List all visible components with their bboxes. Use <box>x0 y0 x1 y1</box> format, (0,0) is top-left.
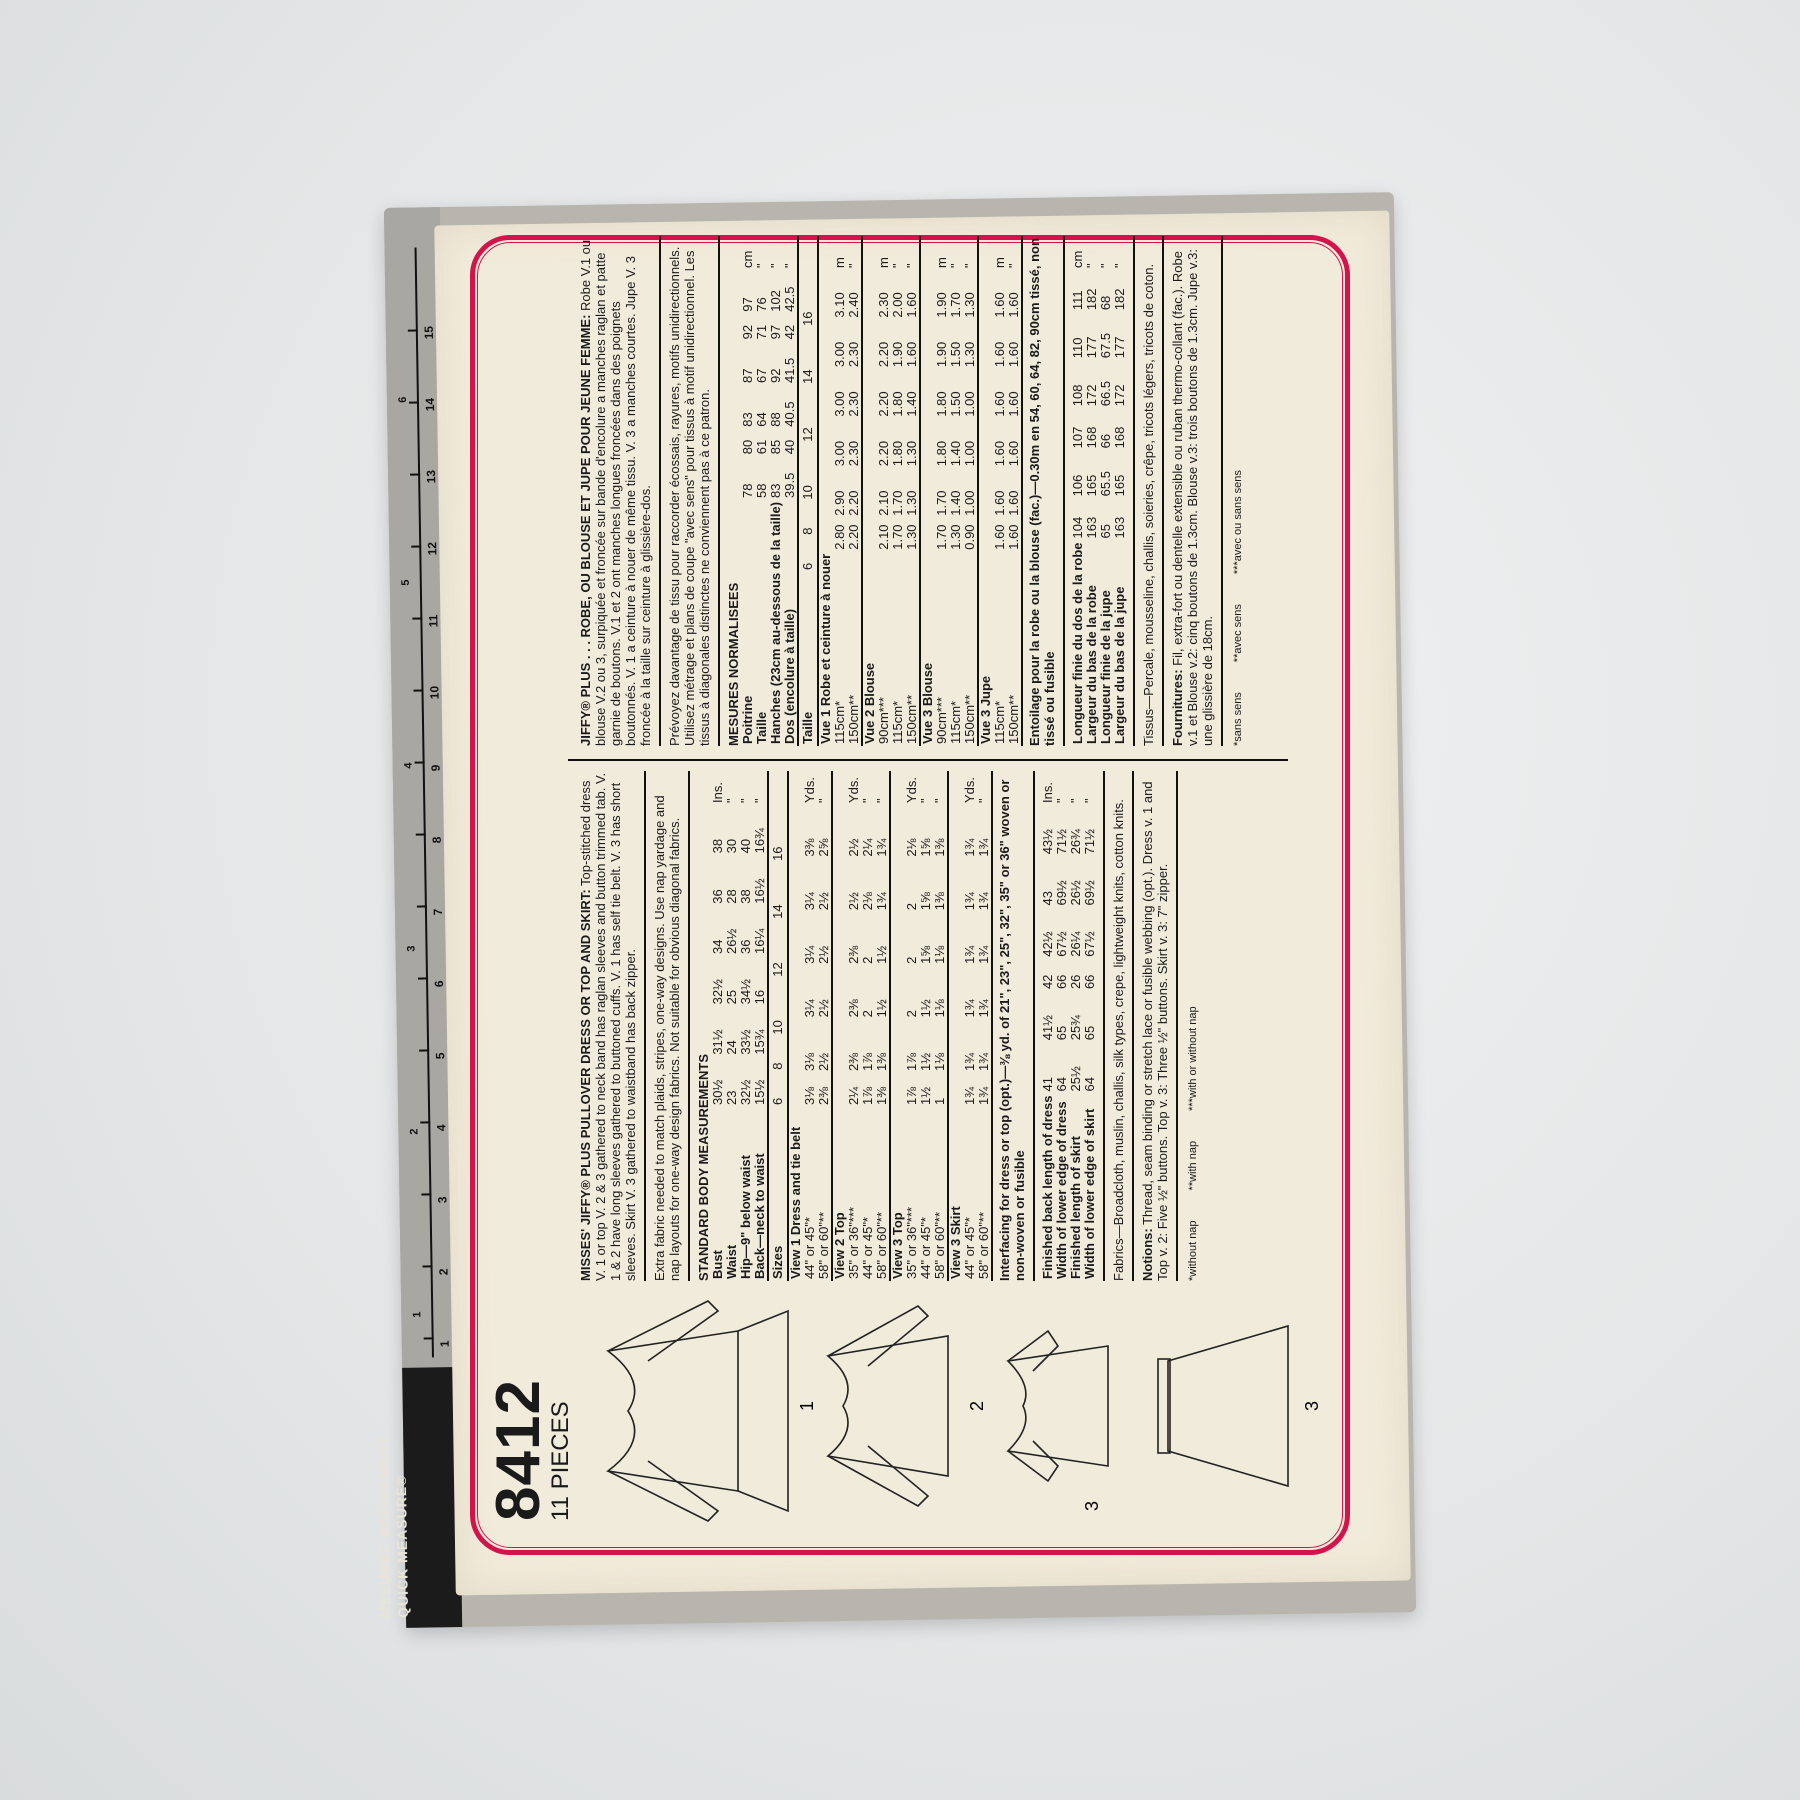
dress-sketch-icon: 1 2 3 3 <box>588 1281 1328 1531</box>
table-row: Longueur finie du dos de la robe10410610… <box>1071 236 1085 746</box>
svg-text:1: 1 <box>797 1401 817 1411</box>
table-row: 35" or 36"***2¼2⅜2⅜2⅜2½2½Yds. <box>847 771 861 1281</box>
english-notions: Notions: Thread, seam binding or stretch… <box>1140 771 1170 1281</box>
table-row: Finished back length of dress4141½4242½4… <box>1041 771 1055 1281</box>
table-row: 150cm**0.901.001.001.001.301.30" <box>963 236 978 746</box>
french-sizes-row: Taille6810121416 <box>797 236 819 746</box>
table-row: 35" or 36"***1⅞1⅞2222⅛Yds. <box>905 771 919 1281</box>
table-row: 44" or 45"*3⅛3⅛3¼3¼3¼3⅜Yds. <box>803 771 817 1281</box>
french-fabrics: Tissus—Percale, mousseline, challis, soi… <box>1141 236 1156 746</box>
english-section: MISSES' JIFFY® PLUS PULLOVER DRESS OR TO… <box>578 771 1201 1281</box>
table-row: View 2 Top <box>832 771 847 1281</box>
table-row: View 1 Dress and tie belt <box>789 771 803 1281</box>
french-finished-table: Longueur finie du dos de la robe10410610… <box>1071 236 1127 746</box>
french-notions: Fournitures: Fil, extra-fort ou dentelle… <box>1170 236 1215 746</box>
pattern-info-frame: 8412 11 PIECES 1 <box>470 235 1350 1555</box>
table-row: 58" or 60"**1¾1¾1¾1¾1¾1¾" <box>977 771 992 1281</box>
table-row: Largeur du bas de la jupe163165168172177… <box>1113 236 1127 746</box>
table-row: 58" or 60"**2⅜2½2½2½2½2⅝" <box>817 771 832 1281</box>
french-footnotes: *sans sens**avec sens***avec ou sans sen… <box>1231 236 1246 746</box>
french-measurements-table: Poitrine788083879297cmTaille586164677176… <box>741 236 797 746</box>
table-row: Vue 2 Blouse <box>862 236 877 746</box>
table-row: 150cm**1.301.301.301.401.601.60" <box>905 236 920 746</box>
table-row: Poitrine788083879297cm <box>741 236 755 746</box>
table-row: Longueur finie de la jupe6565.56666.567.… <box>1099 236 1113 746</box>
english-footnotes: *without nap**with nap***with or without… <box>1186 771 1201 1281</box>
garment-illustrations: 1 2 3 3 <box>588 1281 1328 1531</box>
ruler-label: MESUREZ RAPIDEMENT QUICK MEASURE® <box>372 1368 412 1619</box>
french-interfacing: Entoilage pour la robe ou la blouse (fac… <box>1027 236 1057 746</box>
table-row: Vue 3 Blouse <box>920 236 935 746</box>
table-row: Bust30½31½32½343638Ins. <box>711 771 725 1281</box>
english-sizes-row: Sizes6810121416 <box>767 771 789 1281</box>
table-row: Taille586164677176" <box>755 236 769 746</box>
english-measurements-table: Bust30½31½32½343638Ins.Waist23242526½283… <box>711 771 767 1281</box>
french-fabric-note: Prévoyez davantage de tissu pour raccord… <box>667 236 712 746</box>
table-row: 115cm*1.701.701.801.801.902.00" <box>891 236 905 746</box>
table-row: 58" or 60"**11⅛1⅛1⅛1⅜1⅜" <box>933 771 948 1281</box>
english-finished-table: Finished back length of dress4141½4242½4… <box>1041 771 1097 1281</box>
table-row: Sizes6810121416 <box>768 771 788 1281</box>
table-row: 58" or 60"**1⅜1⅜1½1½1¾1¾" <box>875 771 890 1281</box>
french-title: JIFFY® PLUS . . . ROBE, OU BLOUSE ET JUP… <box>578 315 593 746</box>
french-yardage-table: Vue 1 Robe et ceinture à nouer115cm*2.80… <box>819 236 1023 746</box>
table-row: Width of lower edge of dress64656667½69½… <box>1055 771 1069 1281</box>
table-row: 44" or 45"*1½1½1½1⅝1⅝1⅝" <box>919 771 933 1281</box>
table-row: Hanches (23cm au-dessous de la taille)83… <box>769 236 783 746</box>
english-fabric-note: Extra fabric needed to match plaids, str… <box>652 771 682 1281</box>
svg-text:2: 2 <box>967 1401 987 1411</box>
table-row: Vue 1 Robe et ceinture à nouer <box>819 236 833 746</box>
english-yardage-table: View 1 Dress and tie belt44" or 45"*3⅛3⅛… <box>789 771 993 1281</box>
table-row: Largeur du bas de la robe163165168172177… <box>1085 236 1099 746</box>
table-row: 150cm**2.202.202.302.302.302.40" <box>847 236 862 746</box>
table-row: Finished length of skirt25½25¾2626¼26½26… <box>1069 771 1083 1281</box>
french-measurements-title: MESURES NORMALISEES <box>726 236 741 746</box>
table-row: 44" or 45"*1⅞1⅞222⅛2¼" <box>861 771 875 1281</box>
table-row: Dos (encolure à taille)39.54040.541.5424… <box>783 236 797 746</box>
table-row: 150cm**1.601.601.601.601.601.60" <box>1007 236 1022 746</box>
table-row: 115cm*2.802.903.003.003.003.10m <box>833 236 847 746</box>
table-row: Back—neck to waist15½15¾1616¼16½16¾" <box>753 771 767 1281</box>
table-row: Width of lower edge of skirt64656667½69½… <box>1083 771 1097 1281</box>
table-row: Waist23242526½2830" <box>725 771 739 1281</box>
table-row: 44" or 45"*1¾1¾1¾1¾1¾1¾Yds. <box>963 771 977 1281</box>
pattern-number: 8412 <box>490 1379 548 1521</box>
table-row: Vue 3 Jupe <box>978 236 993 746</box>
svg-text:3: 3 <box>1302 1401 1322 1411</box>
english-title: MISSES' JIFFY® PLUS PULLOVER DRESS OR TO… <box>578 889 593 1281</box>
pattern-header: 8412 11 PIECES <box>490 1379 574 1521</box>
english-interfacing: Interfacing for dress or top (opt.)—⅜ yd… <box>997 771 1027 1281</box>
svg-text:3: 3 <box>1082 1501 1102 1511</box>
french-description: JIFFY® PLUS . . . ROBE, OU BLOUSE ET JUP… <box>578 236 653 746</box>
table-row: Taille6810121416 <box>798 236 818 746</box>
column-divider <box>568 759 1288 761</box>
table-row: 115cm*1.301.401.401.501.501.70" <box>949 236 963 746</box>
table-row: Hip—9" below waist32½33½34½363840" <box>739 771 753 1281</box>
table-row: View 3 Top <box>890 771 905 1281</box>
table-row: 115cm*1.601.601.601.601.601.60m <box>993 236 1007 746</box>
french-section: JIFFY® PLUS . . . ROBE, OU BLOUSE ET JUP… <box>578 236 1246 746</box>
english-description: MISSES' JIFFY® PLUS PULLOVER DRESS OR TO… <box>578 771 638 1281</box>
table-row: 90cm***1.701.701.801.801.901.90m <box>935 236 949 746</box>
table-row: View 3 Skirt <box>948 771 963 1281</box>
english-measurements-title: STANDARD BODY MEASUREMENTS <box>696 771 711 1281</box>
table-row: 90cm***2.102.102.202.202.202.30m <box>877 236 891 746</box>
english-fabrics: Fabrics—Broadcloth, muslin, challis, sil… <box>1111 771 1126 1281</box>
